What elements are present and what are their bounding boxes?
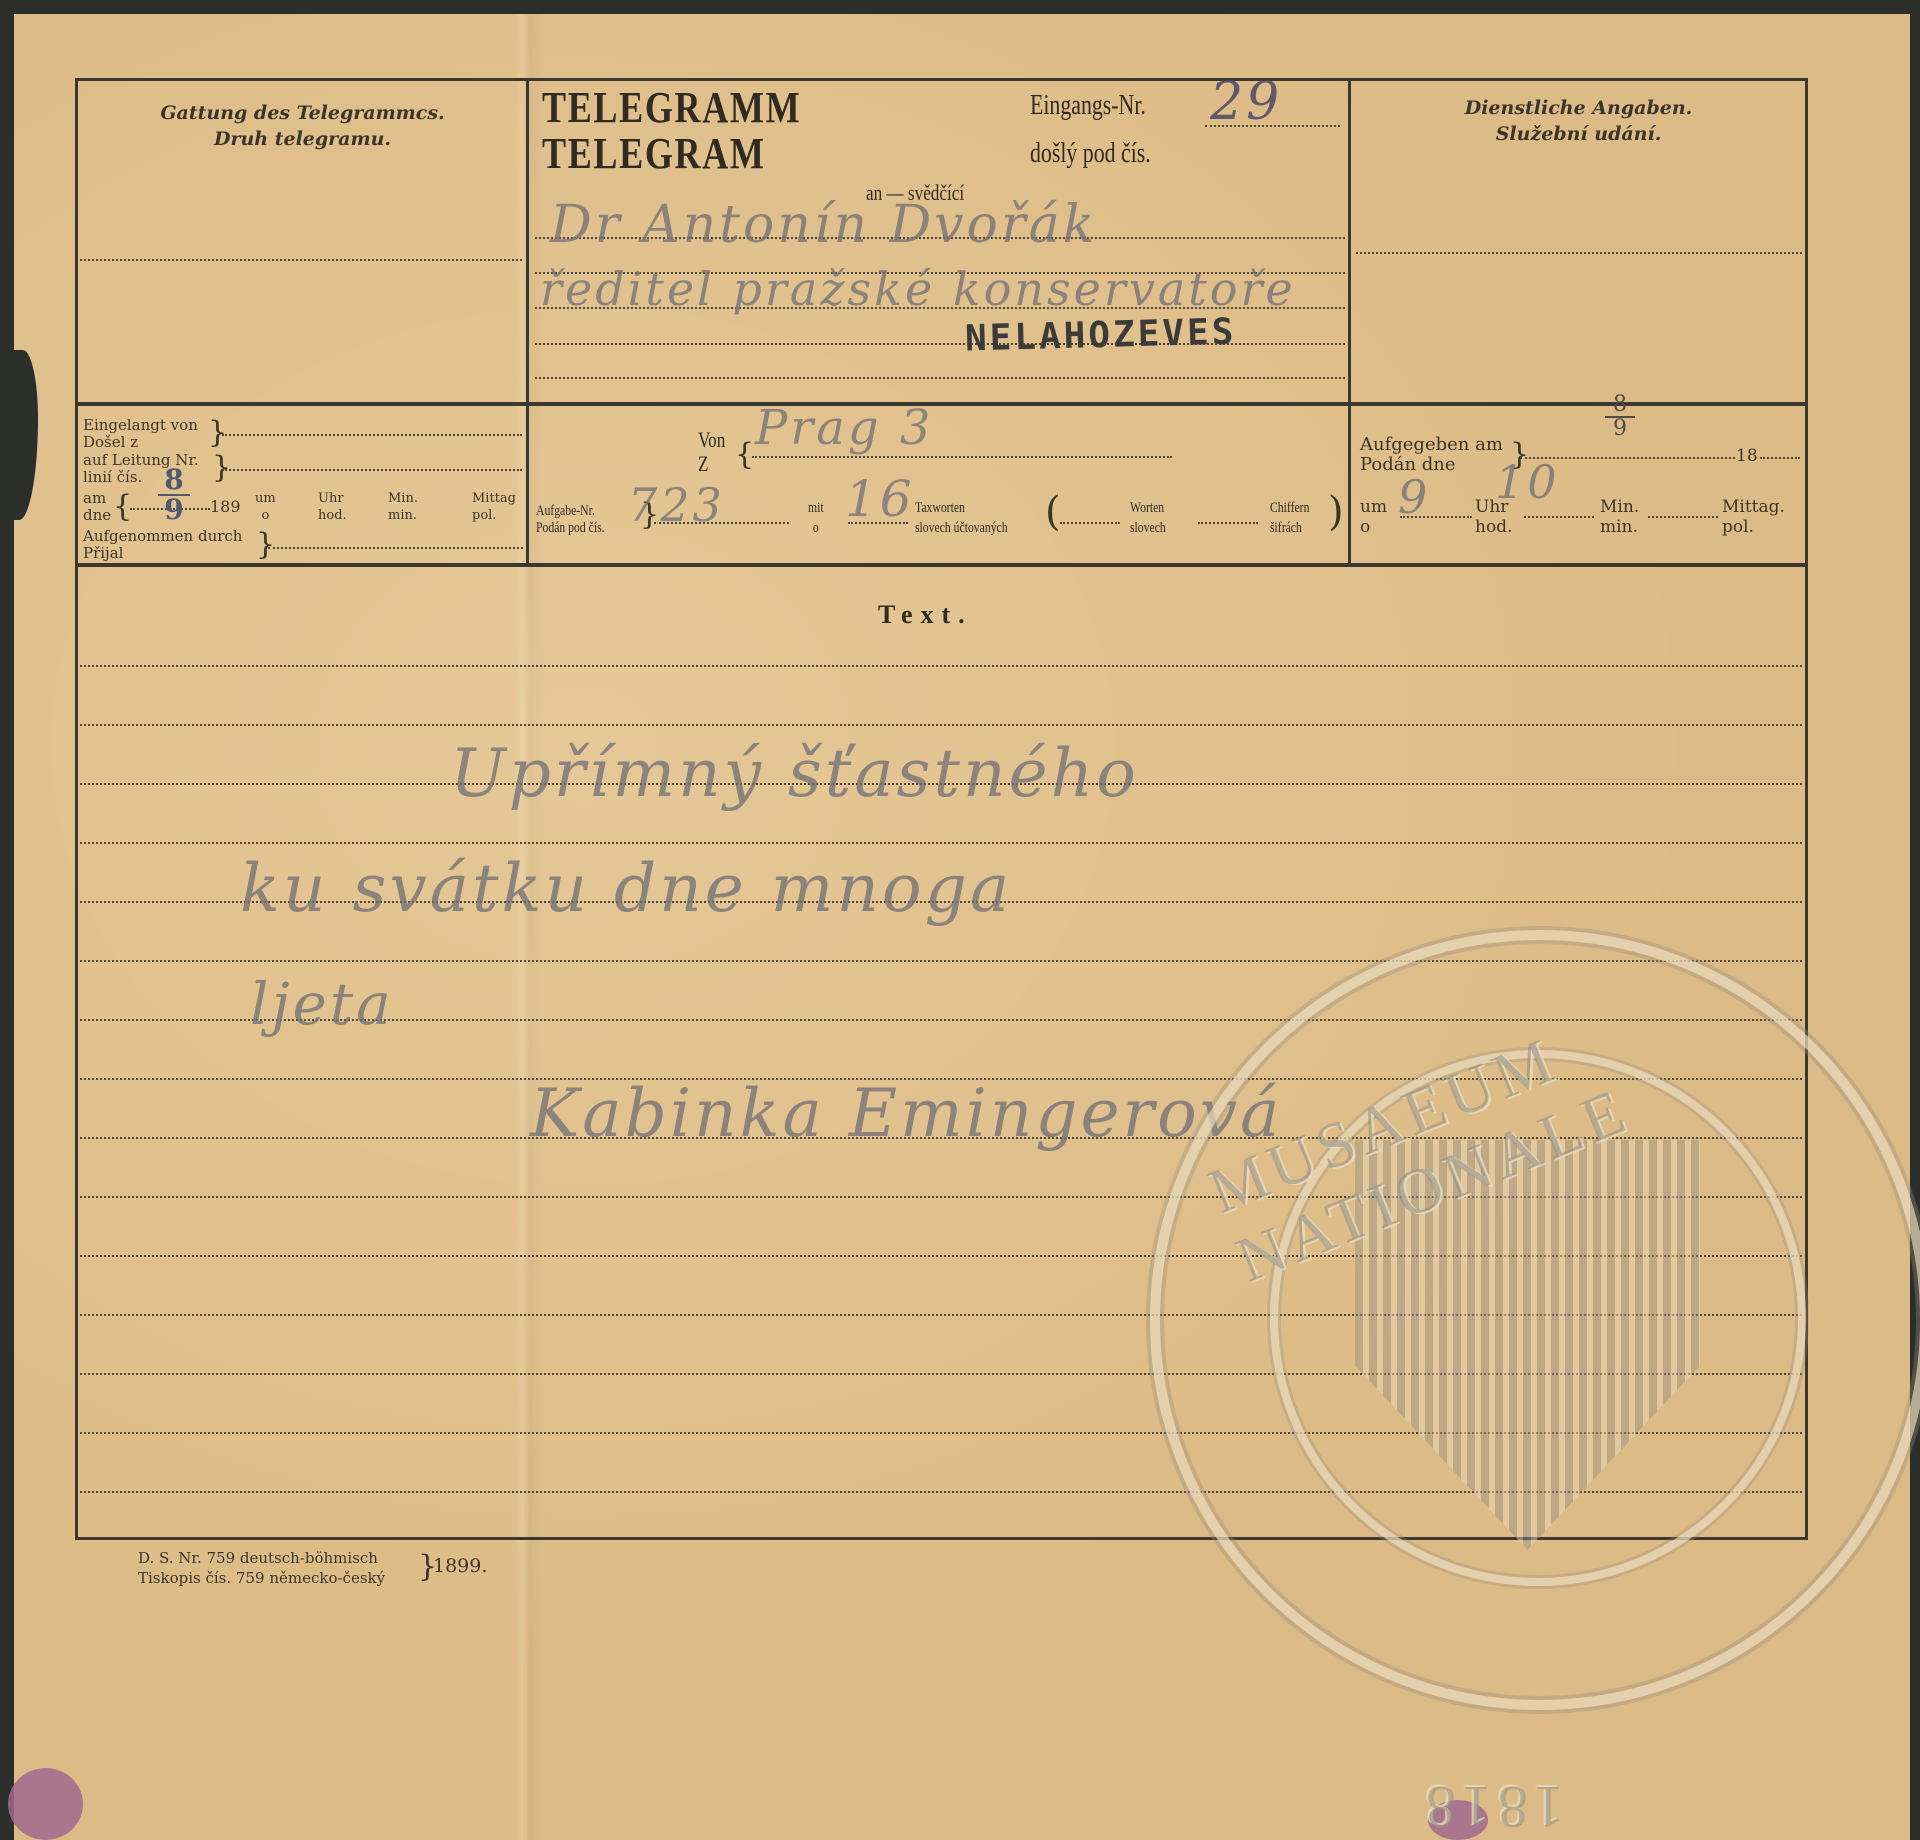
incoming-no-value[interactable]: 29 xyxy=(1210,72,1282,132)
telegram-type-label: Gattung des Telegrammcs. Druh telegramu. xyxy=(80,100,525,152)
cipher-line xyxy=(1198,522,1258,524)
taken-by-line xyxy=(268,547,523,549)
seal-year: 1818 xyxy=(1420,1772,1564,1840)
telegram-type-label-cs: Druh telegramu. xyxy=(80,126,525,152)
filed-on-label: Aufgegeben am Podán dne xyxy=(1360,435,1503,475)
filed-noon-line xyxy=(1648,516,1718,518)
incoming-no-label-cs: došlý pod čís. xyxy=(1030,138,1151,170)
filing-no-de: Aufgabe-Nr. xyxy=(536,503,605,520)
from-line xyxy=(752,456,1172,458)
cipher-de: Chiffern xyxy=(1270,498,1309,518)
title-cs: TELEGRAM xyxy=(542,130,766,178)
taken-by-label: Aufgenommen durch Přijal xyxy=(83,528,242,562)
received-from-label: Eingelangt von Došel z xyxy=(83,417,198,451)
tax-words-cs: slovech účtovaných xyxy=(915,518,1008,538)
divider-left xyxy=(526,78,529,565)
min-de: Min. xyxy=(388,490,418,507)
filed-at-cs: o xyxy=(1360,517,1387,537)
incoming-no-label-de: Eingangs-Nr. xyxy=(1030,90,1146,122)
message-line-3[interactable]: ljeta xyxy=(250,970,394,1038)
filed-noon-label: Mittag. pol. xyxy=(1722,497,1785,537)
with-cs: o xyxy=(808,518,824,538)
received-date-stamp: 8 9 xyxy=(158,467,190,523)
filed-noon-cs: pol. xyxy=(1722,517,1785,537)
text-line-1 xyxy=(80,665,1802,667)
place-stamp: NELAHOZEVES xyxy=(965,311,1237,359)
message-line-2[interactable]: ku svátku dne mnoga xyxy=(240,850,1012,927)
brace-from: { xyxy=(735,440,754,470)
divider-right xyxy=(1348,78,1351,565)
at-cs: o xyxy=(255,507,276,524)
from-value[interactable]: Prag 3 xyxy=(755,400,933,456)
from-label: Von Z xyxy=(698,428,725,476)
filed-hour-cs: hod. xyxy=(1475,517,1512,537)
hour-label: Uhr hod. xyxy=(318,490,347,524)
form-number: D. S. Nr. 759 deutsch-böhmisch Tiskopis … xyxy=(138,1548,385,1588)
brace-date: { xyxy=(113,492,132,522)
tax-words-de: Taxworten xyxy=(915,498,1008,518)
filing-no-value[interactable]: 723 xyxy=(628,478,725,532)
received-date-month: 9 xyxy=(158,497,190,523)
noon-de: Mittag xyxy=(472,490,516,507)
taken-by-de: Aufgenommen durch xyxy=(83,528,242,545)
filed-min-cs: min. xyxy=(1600,517,1639,537)
filed-noon-de: Mittag. xyxy=(1722,497,1785,517)
brace-received-from: } xyxy=(208,418,227,448)
filed-date-stamp: 8 9 xyxy=(1605,395,1635,439)
form-year: 1899. xyxy=(433,1558,487,1575)
service-notes-label-cs: Služební udání. xyxy=(1352,121,1805,147)
min-label: Min. min. xyxy=(388,490,418,524)
words-de: Worten xyxy=(1130,498,1166,518)
filed-date-month: 9 xyxy=(1605,419,1635,439)
text-line-2 xyxy=(80,724,1802,726)
recipient-title[interactable]: ředitel pražské konservatoře xyxy=(540,262,1296,316)
message-line-1[interactable]: Upřímný šťastného xyxy=(450,735,1139,812)
stain-left xyxy=(8,1768,83,1840)
hour-de: Uhr xyxy=(318,490,347,507)
cipher-cs: šifrách xyxy=(1270,518,1309,538)
received-from-cs: Došel z xyxy=(83,434,198,451)
incoming-no-line xyxy=(1205,125,1340,127)
recipient-line-5 xyxy=(535,377,1345,379)
title-de: TELEGRAMM xyxy=(542,84,801,132)
words-line xyxy=(1060,522,1120,524)
year-prefix: 189 xyxy=(210,498,241,515)
paren-open: ( xyxy=(1045,497,1061,527)
taken-by-cs: Přijal xyxy=(83,545,242,562)
at-de: um xyxy=(255,490,276,507)
min-cs: min. xyxy=(388,507,418,524)
brace-line-no: } xyxy=(212,453,231,483)
telegram-type-line xyxy=(80,259,522,261)
service-notes-label-de: Dienstliche Angaben. xyxy=(1352,95,1805,121)
form-number-de: D. S. Nr. 759 deutsch-böhmisch xyxy=(138,1548,385,1568)
date-cs: dne xyxy=(83,507,111,524)
filed-minute-value[interactable]: 10 xyxy=(1495,455,1560,509)
noon-cs: pol. xyxy=(472,507,516,524)
with-label: mit o xyxy=(808,498,824,538)
date-de: am xyxy=(83,490,111,507)
cipher-label: Chiffern šifrách xyxy=(1270,498,1309,538)
received-from-line xyxy=(222,434,522,436)
filed-min-line xyxy=(1524,516,1594,518)
words-count-value[interactable]: 16 xyxy=(845,470,915,528)
filed-min-de: Min. xyxy=(1600,497,1639,517)
brace-taken-by: } xyxy=(256,530,275,560)
tax-words-label: Taxworten slovech účtovaných xyxy=(915,498,1008,538)
filed-on-de: Aufgegeben am xyxy=(1360,435,1503,455)
filed-at-de: um xyxy=(1360,497,1387,517)
filed-year-prefix: 18 xyxy=(1736,448,1758,465)
message-line-4[interactable]: Kabinka Emingerová xyxy=(530,1075,1282,1152)
hour-cs: hod. xyxy=(318,507,347,524)
divider-text-area xyxy=(75,563,1808,567)
text-heading: Text. xyxy=(878,600,973,630)
filed-at-label: um o xyxy=(1360,497,1387,537)
filing-no-label: Aufgabe-Nr. Podán pod čís. xyxy=(536,503,605,537)
form-number-cs: Tiskopis čís. 759 německo-český xyxy=(138,1568,385,1588)
with-de: mit xyxy=(808,498,824,518)
date-label: am dne xyxy=(83,490,111,524)
words-cs: slovech xyxy=(1130,518,1166,538)
paren-close: ) xyxy=(1328,497,1344,527)
service-notes-line xyxy=(1356,252,1802,254)
service-notes-label: Dienstliche Angaben. Služební udání. xyxy=(1352,95,1805,147)
filed-min-label: Min. min. xyxy=(1600,497,1639,537)
at-label: um o xyxy=(255,490,276,524)
noon-label: Mittag pol. xyxy=(472,490,516,524)
filed-on-cs: Podán dne xyxy=(1360,455,1503,475)
filed-date-day: 8 xyxy=(1605,395,1635,415)
from-de: Von xyxy=(698,428,725,452)
divider-top-sections xyxy=(75,402,1808,406)
filed-year-line xyxy=(1760,457,1800,459)
recipient-name[interactable]: Dr Antonín Dvořák xyxy=(550,195,1097,255)
filing-no-cs: Podán pod čís. xyxy=(536,520,605,537)
received-from-de: Eingelangt von xyxy=(83,417,198,434)
filed-hour-value[interactable]: 9 xyxy=(1398,470,1430,524)
telegram-type-label-de: Gattung des Telegrammcs. xyxy=(80,100,525,126)
text-line-4 xyxy=(80,842,1802,844)
from-cs: Z xyxy=(698,452,725,476)
received-date-day: 8 xyxy=(158,467,190,493)
words-label: Worten slovech xyxy=(1130,498,1166,538)
line-no-line xyxy=(222,469,522,471)
